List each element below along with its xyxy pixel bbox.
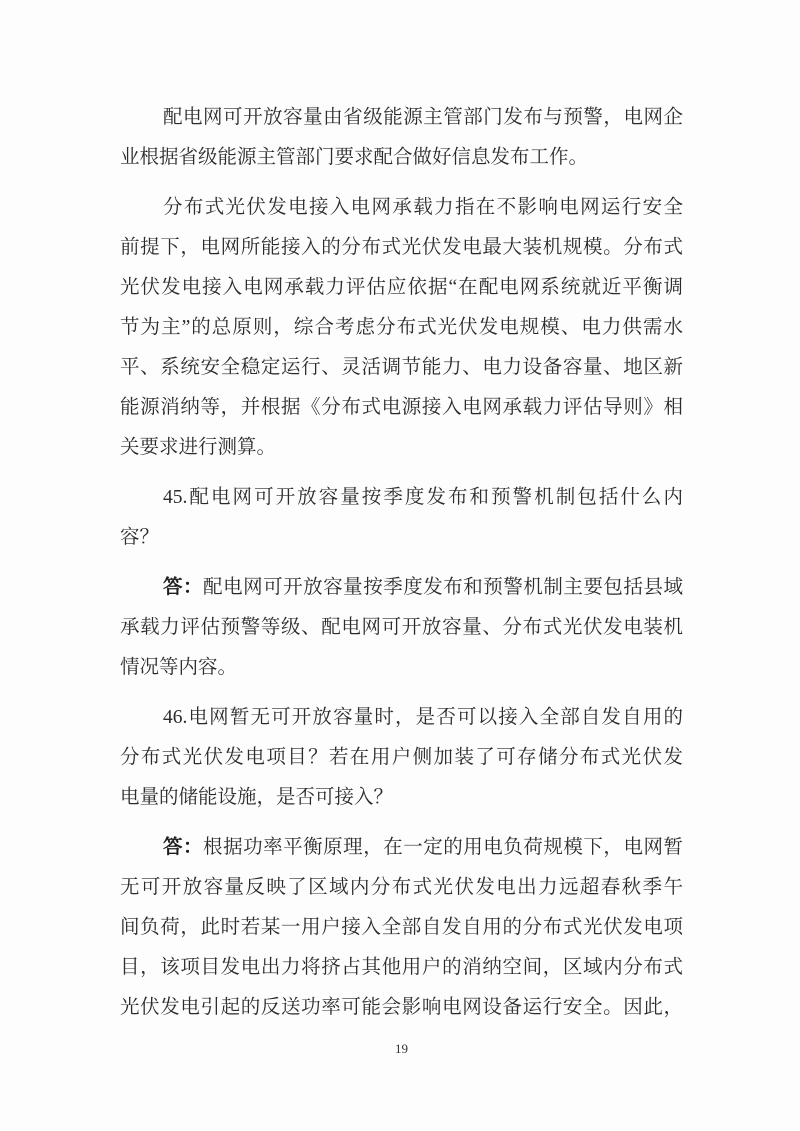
text-line: 电量的储能设施，是否可接入？ bbox=[120, 778, 683, 818]
text-line: 间负荷，此时若某一用户接入全部自发自用的分布式光伏发电项 bbox=[120, 908, 683, 948]
text-segment: 配电网可开放容量由省级能源主管部门发布与预警，电网企 bbox=[163, 107, 683, 128]
text-segment: 容？ bbox=[120, 527, 159, 548]
answer-label: 答： bbox=[163, 837, 203, 858]
text-line: 情况等内容。 bbox=[120, 648, 683, 688]
text-segment: 根据功率平衡原理，在一定的用电负荷规模下，电网暂 bbox=[203, 837, 683, 858]
text-block: 配电网可开放容量由省级能源主管部门发布与预警，电网企业根据省级能源主管部门要求配… bbox=[120, 98, 683, 1028]
text-line: 光伏发电接入电网承载力评估应依据“在配电网系统就近平衡调 bbox=[120, 268, 683, 308]
text-line: 无可开放容量反映了区域内分布式光伏发电出力远超春秋季午 bbox=[120, 868, 683, 908]
text-line: 前提下，电网所能接入的分布式光伏发电最大装机规模。分布式 bbox=[120, 228, 683, 268]
text-segment: 光伏发电引起的反送功率可能会影响电网设备运行安全。因此， bbox=[120, 997, 683, 1018]
paragraph-capacity-publication: 配电网可开放容量由省级能源主管部门发布与预警，电网企业根据省级能源主管部门要求配… bbox=[120, 98, 683, 178]
text-segment: 间负荷，此时若某一用户接入全部自发自用的分布式光伏发电项 bbox=[120, 917, 683, 938]
paragraph-carrying-capacity-definition: 分布式光伏发电接入电网承载力指在不影响电网运行安全前提下，电网所能接入的分布式光… bbox=[120, 188, 683, 468]
question-46: 46.电网暂无可开放容量时，是否可以接入全部自发自用的分布式光伏发电项目？若在用… bbox=[120, 698, 683, 818]
text-segment: 承载力评估预警等级、配电网可开放容量、分布式光伏发电装机 bbox=[120, 617, 683, 638]
text-segment: 分布式光伏发电项目？若在用户侧加装了可存储分布式光伏发 bbox=[120, 747, 683, 768]
text-segment: 关要求进行测算。 bbox=[120, 437, 276, 458]
text-segment: 配电网可开放容量按季度发布和预警机制主要包括县域 bbox=[203, 577, 683, 598]
document-page: 配电网可开放容量由省级能源主管部门发布与预警，电网企业根据省级能源主管部门要求配… bbox=[0, 0, 800, 1131]
text-line: 答：根据功率平衡原理，在一定的用电负荷规模下，电网暂 bbox=[120, 828, 683, 868]
text-segment: 45.配电网可开放容量按季度发布和预警机制包括什么内 bbox=[163, 487, 683, 508]
text-segment: 节为主”的总原则，综合考虑分布式光伏发电规模、电力供需水 bbox=[120, 317, 683, 338]
text-line: 能源消纳等，并根据《分布式电源接入电网承载力评估导则》相 bbox=[120, 388, 683, 428]
text-segment: 平、系统安全稳定运行、灵活调节能力、电力设备容量、地区新 bbox=[120, 357, 683, 378]
text-segment: 业根据省级能源主管部门要求配合做好信息发布工作。 bbox=[120, 147, 588, 168]
answer-label: 答： bbox=[163, 577, 203, 598]
text-line: 光伏发电引起的反送功率可能会影响电网设备运行安全。因此， bbox=[120, 988, 683, 1028]
text-segment: 能源消纳等，并根据《分布式电源接入电网承载力评估导则》相 bbox=[120, 397, 683, 418]
text-line: 关要求进行测算。 bbox=[120, 428, 683, 468]
answer-45: 答：配电网可开放容量按季度发布和预警机制主要包括县域承载力评估预警等级、配电网可… bbox=[120, 568, 683, 688]
answer-46: 答：根据功率平衡原理，在一定的用电负荷规模下，电网暂无可开放容量反映了区域内分布… bbox=[120, 828, 683, 1028]
text-line: 答：配电网可开放容量按季度发布和预警机制主要包括县域 bbox=[120, 568, 683, 608]
text-segment: 分布式光伏发电接入电网承载力指在不影响电网运行安全 bbox=[163, 197, 683, 218]
text-line: 分布式光伏发电项目？若在用户侧加装了可存储分布式光伏发 bbox=[120, 738, 683, 778]
text-segment: 目，该项目发电出力将挤占其他用户的消纳空间，区域内分布式 bbox=[120, 957, 683, 978]
text-line: 业根据省级能源主管部门要求配合做好信息发布工作。 bbox=[120, 138, 683, 178]
question-45: 45.配电网可开放容量按季度发布和预警机制包括什么内容？ bbox=[120, 478, 683, 558]
text-segment: 光伏发电接入电网承载力评估应依据“在配电网系统就近平衡调 bbox=[120, 277, 683, 298]
text-segment: 无可开放容量反映了区域内分布式光伏发电出力远超春秋季午 bbox=[120, 877, 683, 898]
text-segment: 情况等内容。 bbox=[120, 657, 237, 678]
text-line: 平、系统安全稳定运行、灵活调节能力、电力设备容量、地区新 bbox=[120, 348, 683, 388]
text-line: 配电网可开放容量由省级能源主管部门发布与预警，电网企 bbox=[120, 98, 683, 138]
text-segment: 前提下，电网所能接入的分布式光伏发电最大装机规模。分布式 bbox=[120, 237, 683, 258]
text-segment: 46.电网暂无可开放容量时，是否可以接入全部自发自用的 bbox=[163, 707, 683, 728]
text-line: 容？ bbox=[120, 518, 683, 558]
text-line: 分布式光伏发电接入电网承载力指在不影响电网运行安全 bbox=[120, 188, 683, 228]
text-line: 46.电网暂无可开放容量时，是否可以接入全部自发自用的 bbox=[120, 698, 683, 738]
text-line: 目，该项目发电出力将挤占其他用户的消纳空间，区域内分布式 bbox=[120, 948, 683, 988]
text-segment: 电量的储能设施，是否可接入？ bbox=[120, 787, 393, 808]
text-line: 节为主”的总原则，综合考虑分布式光伏发电规模、电力供需水 bbox=[120, 308, 683, 348]
text-line: 45.配电网可开放容量按季度发布和预警机制包括什么内 bbox=[120, 478, 683, 518]
page-number: 19 bbox=[120, 1040, 683, 1058]
text-line: 承载力评估预警等级、配电网可开放容量、分布式光伏发电装机 bbox=[120, 608, 683, 648]
